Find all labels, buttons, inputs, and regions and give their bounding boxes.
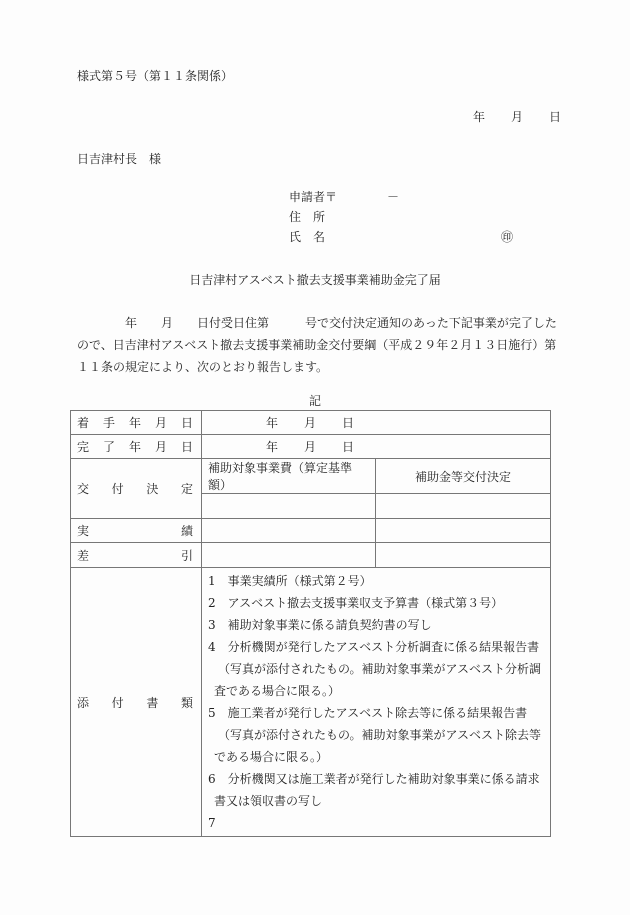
list-item: 4 分析機関が発行したアスベスト分析調査に係る結果報告書 bbox=[208, 636, 546, 658]
eligible-cost-header: 補助対象事業費（算定基準額） bbox=[202, 459, 376, 494]
label-char: 着 bbox=[77, 414, 89, 431]
list-item-continuation: 査である場合に限る。） bbox=[208, 680, 546, 702]
day-label: 日 bbox=[342, 438, 354, 455]
label-char: 完 bbox=[77, 438, 89, 455]
list-item[interactable]: 7 bbox=[208, 812, 546, 834]
year-label: 年 bbox=[473, 110, 511, 124]
table-row-start-date: 着手年月日 年月日 bbox=[71, 411, 551, 435]
name-label: 氏 名 bbox=[289, 230, 329, 244]
label-char: 績 bbox=[181, 522, 193, 539]
year-label: 年 bbox=[266, 438, 304, 455]
list-item-continuation: （写真が添付されたもの。補助対象事業がアスベスト除去等 bbox=[208, 724, 546, 746]
label-char: 実 bbox=[77, 522, 89, 539]
postal-mark: 〒 bbox=[325, 190, 337, 204]
table-row-difference: 差引 bbox=[71, 543, 551, 568]
label-char: 差 bbox=[77, 547, 89, 564]
day-label: 日 bbox=[342, 414, 354, 431]
month-label: 月 bbox=[304, 414, 342, 431]
subsidy-decision-header: 補助金等交付決定 bbox=[376, 459, 551, 494]
attachments-list: 1 事業実績所（様式第２号） 2 アスベスト撤去支援事業収支予算書（様式第３号）… bbox=[202, 568, 551, 837]
end-date-value[interactable]: 年月日 bbox=[202, 435, 551, 459]
label-char: 日 bbox=[181, 414, 193, 431]
body-line: ので、日吉津村アスベスト撤去支援事業補助金交付要綱（平成２９年２月１３日施行）第 bbox=[77, 334, 557, 356]
list-item: 2 アスベスト撤去支援事業収支予算書（様式第３号） bbox=[208, 592, 546, 614]
body-line: １１条の規定により、次のとおり報告します。 bbox=[77, 356, 557, 378]
end-date-label: 完了年月日 bbox=[71, 435, 202, 459]
difference-eligible-cost-cell[interactable] bbox=[202, 543, 376, 568]
label-char: 付 bbox=[112, 480, 124, 497]
document-title: 日吉津村アスベスト撤去支援事業補助金完了届 bbox=[0, 273, 630, 287]
label-char: 書 bbox=[146, 694, 158, 711]
attachments-label: 添付書類 bbox=[71, 568, 202, 837]
ki-heading: 記 bbox=[0, 394, 630, 408]
actual-eligible-cost-cell[interactable] bbox=[202, 519, 376, 543]
label-char: 月 bbox=[155, 438, 167, 455]
label-char: 日 bbox=[181, 438, 193, 455]
label-char: 了 bbox=[103, 438, 115, 455]
label-char: 添 bbox=[77, 694, 89, 711]
list-item: 6 分析機関又は施工業者が発行した補助対象事業に係る請求 bbox=[208, 768, 546, 790]
label-char: 付 bbox=[112, 694, 124, 711]
list-item-continuation: （写真が添付されたもの。補助対象事業がアスベスト分析調 bbox=[208, 658, 546, 680]
decision-label: 交付決定 bbox=[71, 459, 202, 519]
decision-eligible-cost-cell[interactable] bbox=[202, 494, 376, 519]
table-row-end-date: 完了年月日 年月日 bbox=[71, 435, 551, 459]
start-date-label: 着手年月日 bbox=[71, 411, 202, 435]
difference-subsidy-cell[interactable] bbox=[376, 543, 551, 568]
label-char: 決 bbox=[146, 480, 158, 497]
label-char: 手 bbox=[103, 414, 115, 431]
applicant-block: 申請者 〒 － 住 所 氏 名 ㊞ bbox=[289, 190, 329, 250]
addressee: 日吉津村長 様 bbox=[77, 152, 161, 166]
table-row-actual: 実績 bbox=[71, 519, 551, 543]
body-line: 年 月 日付受日住第 号で交付決定通知のあった下記事業が完了した bbox=[77, 312, 557, 334]
seal-icon: ㊞ bbox=[501, 230, 513, 244]
report-table: 着手年月日 年月日 完了年月日 年月日 交付決定 補助対象事業費（算定基準額） … bbox=[70, 410, 551, 837]
body-text: 年 月 日付受日住第 号で交付決定通知のあった下記事業が完了した ので、日吉津村… bbox=[77, 312, 557, 378]
list-item: 5 施工業者が発行したアスベスト除去等に係る結果報告書 bbox=[208, 702, 546, 724]
applicant-row: 申請者 〒 － bbox=[289, 190, 329, 210]
address-label: 住 所 bbox=[289, 210, 329, 224]
day-label: 日 bbox=[549, 110, 561, 124]
name-row: 氏 名 ㊞ bbox=[289, 230, 329, 250]
difference-label: 差引 bbox=[71, 543, 202, 568]
list-item: 1 事業実績所（様式第２号） bbox=[208, 570, 546, 592]
label-char: 類 bbox=[181, 694, 193, 711]
list-item-continuation: である場合に限る。） bbox=[208, 746, 546, 768]
table-row-attachments: 添付書類 1 事業実績所（様式第２号） 2 アスベスト撤去支援事業収支予算書（様… bbox=[71, 568, 551, 837]
year-label: 年 bbox=[266, 414, 304, 431]
actual-subsidy-cell[interactable] bbox=[376, 519, 551, 543]
label-char: 年 bbox=[129, 438, 141, 455]
list-item: 3 補助対象事業に係る請負契約書の写し bbox=[208, 614, 546, 636]
postal-dash: － bbox=[387, 190, 399, 204]
label-char: 月 bbox=[155, 414, 167, 431]
label-char: 定 bbox=[181, 480, 193, 497]
address-row: 住 所 bbox=[289, 210, 329, 230]
actual-label: 実績 bbox=[71, 519, 202, 543]
start-date-value[interactable]: 年月日 bbox=[202, 411, 551, 435]
label-char: 引 bbox=[181, 547, 193, 564]
decision-subsidy-cell[interactable] bbox=[376, 494, 551, 519]
label-char: 交 bbox=[77, 480, 89, 497]
month-label: 月 bbox=[304, 438, 342, 455]
table-row-decision-header: 交付決定 補助対象事業費（算定基準額） 補助金等交付決定 bbox=[71, 459, 551, 494]
label-char: 年 bbox=[129, 414, 141, 431]
applicant-label: 申請者 bbox=[289, 190, 329, 204]
submission-date: 年月日 bbox=[473, 110, 561, 124]
month-label: 月 bbox=[511, 110, 549, 124]
form-number: 様式第５号（第１１条関係） bbox=[77, 69, 233, 83]
list-item-continuation: 書又は領収書の写し bbox=[208, 790, 546, 812]
